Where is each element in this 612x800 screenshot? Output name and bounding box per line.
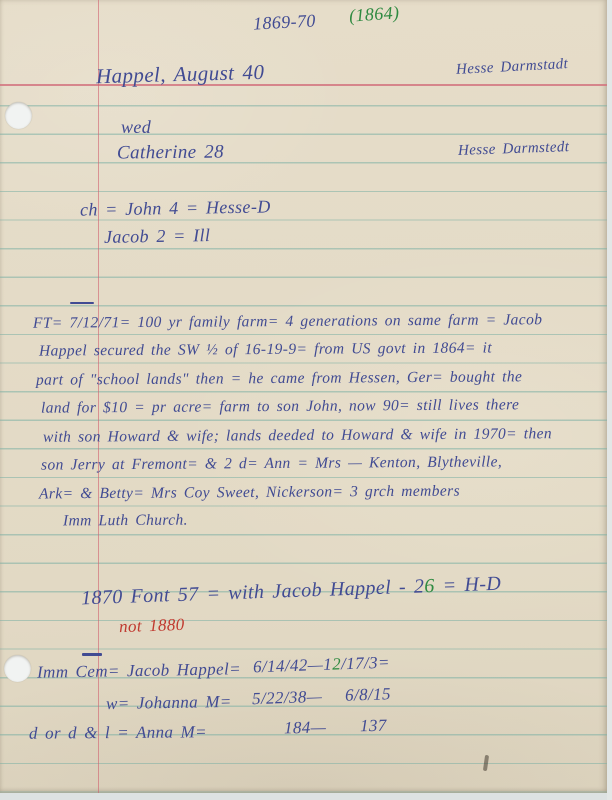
children-line-2: Jacob 2 = Ill [104,225,211,248]
scan-bed-right [607,0,612,800]
census-green-digit: 6 [424,575,435,597]
red-header-rule [0,84,607,86]
paragraph-line-5: with son Howard & wife; lands deeded to … [43,425,552,447]
wed-label: wed [121,117,151,138]
children-line-1: ch = John 4 = Hesse-D [80,196,271,220]
paragraph-line-8: Imm Luth Church. [63,512,188,531]
cemetery-row1-label: Imm Cem= Jacob Happel= [37,659,241,683]
cemetery-row1-date-part2: /17/3= [341,653,390,674]
year-note-blue: 1869-70 [252,10,316,34]
paragraph-line-2: Happel secured the SW ½ of 16-19-9= from… [39,339,492,360]
cemetery-row1-date-part1: 6/14/42—1 [253,655,333,677]
overline-mark-2 [82,653,102,656]
cemetery-row2-label: w= Johanna M= [106,692,232,714]
cemetery-row2-date1: 5/22/38— [252,687,323,709]
cemetery-row3-value1: 184— [284,718,327,739]
cemetery-row3-value2: 137 [360,716,387,736]
cemetery-row2-date2: 6/8/15 [345,684,392,706]
family-head-line: Happel, August 40 [96,60,265,89]
punch-hole-bottom [4,655,31,682]
paragraph-line-3: part of "school lands" then = he came fr… [36,368,522,389]
overline-mark-1 [70,302,94,304]
scan-bed-bottom [0,793,612,800]
year-note-green: (1864) [348,2,400,26]
paragraph-line-1: FT= 7/12/71= 100 yr family farm= 4 gener… [33,311,542,333]
paragraph-line-6: son Jerry at Fremont= & 2 d= Ann = Mrs —… [41,453,502,474]
paragraph-line-4: land for $10 = pr acre= farm to son John… [41,396,519,417]
spouse-line: Catherine 28 [117,142,224,165]
scanned-page: 1869-70 (1864) Happel, August 40 Hesse D… [0,0,612,800]
paragraph-line-7: Ark= & Betty= Mrs Coy Sweet, Nickerson= … [39,483,460,504]
census-line-blue-2: = H-D [434,573,501,597]
census-correction-note: not 1880 [119,615,185,637]
cemetery-row3-label: d or d & l = Anna M= [29,722,207,744]
punch-hole-top [5,102,32,129]
